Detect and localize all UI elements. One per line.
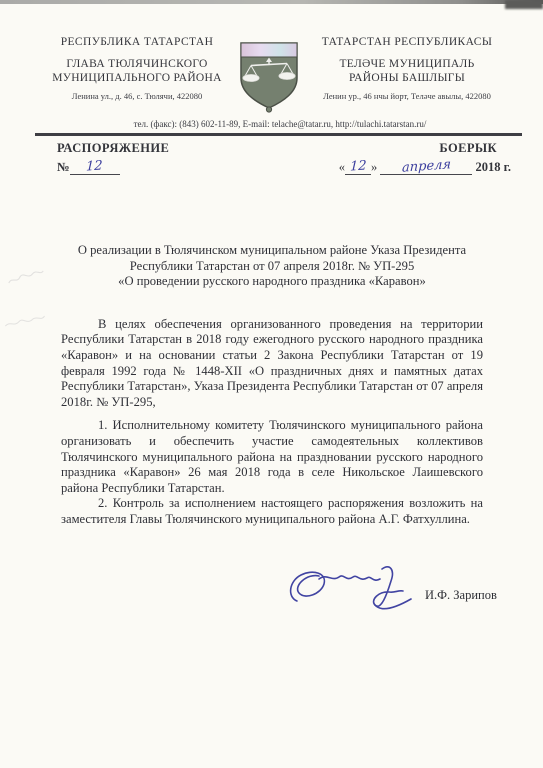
quote-close: »	[371, 160, 377, 174]
signature-block: И.Ф. Зарипов	[283, 563, 497, 627]
date-day-blank: 12	[345, 159, 371, 175]
handwritten-date-month: апреля	[402, 157, 451, 175]
date-month-blank: апреля	[380, 159, 472, 175]
scan-corner-artifact	[505, 0, 543, 9]
date-year: 2018 г.	[475, 160, 511, 174]
org-address-tat: Ленин ур., 46 нчы йорт, Теләче авылы, 42…	[300, 91, 514, 101]
doc-type-tat: БОЕРЫК	[339, 141, 511, 156]
doc-date-line: «12» апреля 2018 г.	[339, 159, 511, 175]
signature-name: И.Ф. Зарипов	[425, 588, 497, 603]
paragraph-goals: В целях обеспечения организованного пров…	[61, 317, 483, 411]
doc-title-line3: «О проведении русского народного праздни…	[61, 274, 483, 290]
header-org-ru: РЕСПУБЛИКА ТАТАРСТАН ГЛАВА ТЮЛЯЧИНСКОГО …	[32, 36, 242, 101]
coat-of-arms-icon	[236, 38, 302, 114]
header-divider-rule	[35, 133, 522, 136]
document-body: О реализации в Тюлячинском муниципальном…	[61, 243, 483, 528]
scanned-document-page: РЕСПУБЛИКА ТАТАРСТАН ГЛАВА ТЮЛЯЧИНСКОГО …	[0, 0, 543, 768]
org-title-tat: ТЕЛӘЧЕ МУНИЦИПАЛЬ РАЙОНЫ БАШЛЫГЫ	[300, 57, 514, 85]
doc-number-line: №12	[57, 159, 169, 175]
doc-number-blank: 12	[70, 159, 120, 175]
pencil-margin-note	[5, 265, 48, 290]
doc-title: О реализации в Тюлячинском муниципальном…	[61, 243, 483, 290]
contact-line: тел. (факс): (843) 602-11-89, E-mail: te…	[60, 119, 500, 129]
doc-title-line2: Республики Татарстан от 07 апреля 2018г.…	[61, 259, 483, 275]
doc-type-ru: РАСПОРЯЖЕНИЕ	[57, 141, 169, 156]
handwritten-signature	[283, 563, 421, 627]
pencil-margin-note	[2, 312, 47, 333]
doc-reference-ru: РАСПОРЯЖЕНИЕ №12	[57, 141, 169, 175]
order-item-1: 1. Исполнительному комитету Тюлячинского…	[61, 418, 483, 496]
scan-edge-artifact	[0, 0, 543, 4]
order-item-2: 2. Контроль за исполнением настоящего ра…	[61, 496, 483, 527]
doc-title-line1: О реализации в Тюлячинском муниципальном…	[61, 243, 483, 259]
org-name-tat: ТАТАРСТАН РЕСПУБЛИКАСЫ	[300, 36, 514, 48]
number-sign: №	[57, 160, 70, 174]
handwritten-doc-number: 12	[86, 158, 103, 174]
org-name-ru: РЕСПУБЛИКА ТАТАРСТАН	[32, 36, 242, 48]
org-address-ru: Ленина ул., д. 46, с. Тюлячи, 422080	[32, 91, 242, 101]
org-title-ru: ГЛАВА ТЮЛЯЧИНСКОГО МУНИЦИПАЛЬНОГО РАЙОНА	[32, 57, 242, 85]
doc-reference-tat: БОЕРЫК «12» апреля 2018 г.	[339, 141, 511, 175]
handwritten-date-day: 12	[349, 158, 366, 174]
header-org-tat: ТАТАРСТАН РЕСПУБЛИКАСЫ ТЕЛӘЧЕ МУНИЦИПАЛЬ…	[300, 36, 514, 101]
